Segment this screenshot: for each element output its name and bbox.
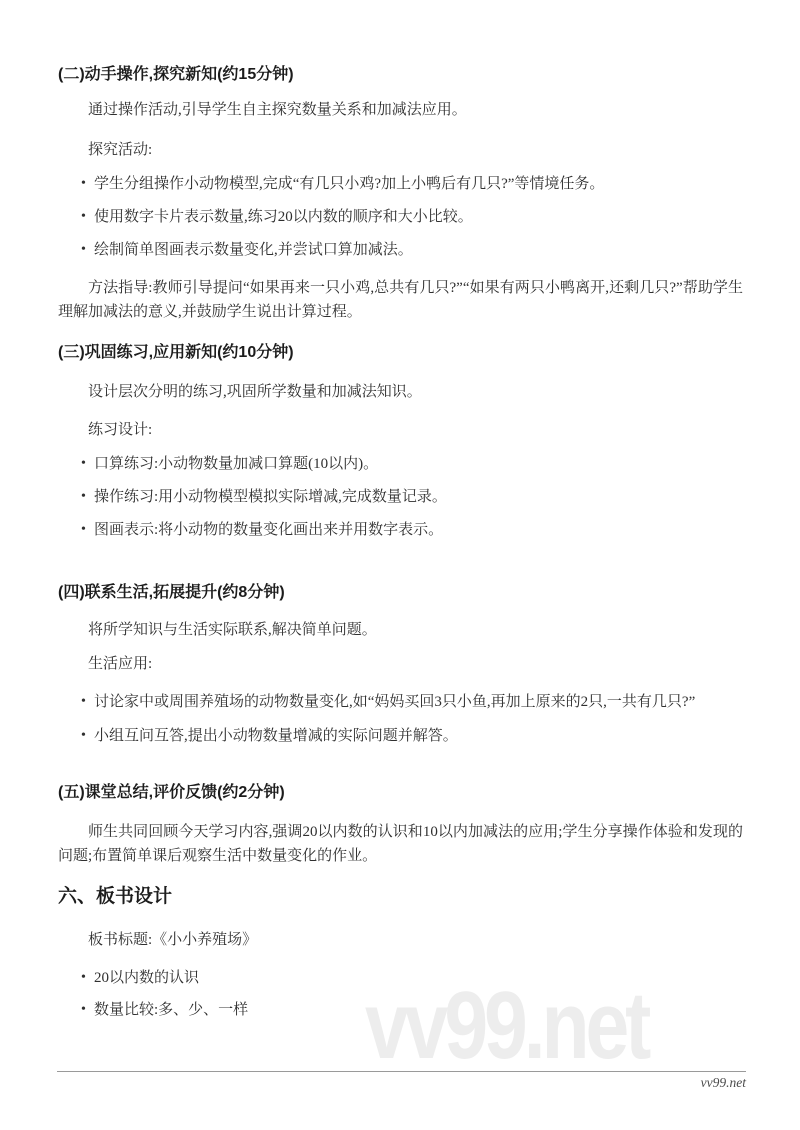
section-heading-3: (三)巩固练习,应用新知(约10分钟) <box>58 342 743 364</box>
list-item: •绘制简单图画表示数量变化,并尝试口算加减法。 <box>81 238 743 262</box>
paragraph: 板书标题:《小小养殖场》 <box>58 928 743 952</box>
list-item-text: 20以内数的认识 <box>94 970 199 986</box>
list-item-text: 数量比较:多、少、一样 <box>94 1002 248 1018</box>
bullet-icon: • <box>81 205 86 229</box>
footer-site-text: vv99.net <box>701 1075 746 1091</box>
page-footer: vv99.net <box>57 1071 746 1092</box>
paragraph-label: 探究活动: <box>58 138 743 162</box>
list-item-text: 小组互问互答,提出小动物数量增减的实际问题并解答。 <box>94 728 458 744</box>
bullet-list: •口算练习:小动物数量加减口算题(10以内)。 •操作练习:用小动物模型模拟实际… <box>58 452 743 542</box>
bullet-icon: • <box>81 724 86 748</box>
bullet-icon: • <box>81 518 86 542</box>
bullet-icon: • <box>81 690 86 714</box>
paragraph: 通过操作活动,引导学生自主探究数量关系和加减法应用。 <box>58 98 743 122</box>
document-content: (二)动手操作,探究新知(约15分钟) 通过操作活动,引导学生自主探究数量关系和… <box>0 0 800 1022</box>
list-item-text: 讨论家中或周围养殖场的动物数量变化,如“妈妈买回3只小鱼,再加上原来的2只,一共… <box>94 694 695 710</box>
paragraph-label: 练习设计: <box>58 418 743 442</box>
document-page: vv99.net (二)动手操作,探究新知(约15分钟) 通过操作活动,引导学生… <box>0 0 800 1130</box>
bullet-list: •学生分组操作小动物模型,完成“有几只小鸡?加上小鸭后有几只?”等情境任务。 •… <box>58 172 743 262</box>
list-item: •使用数字卡片表示数量,练习20以内数的顺序和大小比较。 <box>81 205 743 229</box>
list-item-text: 操作练习:用小动物模型模拟实际增减,完成数量记录。 <box>94 489 447 505</box>
list-item-text: 使用数字卡片表示数量,练习20以内数的顺序和大小比较。 <box>94 209 473 225</box>
paragraph: 方法指导:教师引导提问“如果再来一只小鸡,总共有几只?”“如果有两只小鸭离开,还… <box>58 276 743 324</box>
list-item-text: 口算练习:小动物数量加减口算题(10以内)。 <box>94 456 378 472</box>
list-item: •操作练习:用小动物模型模拟实际增减,完成数量记录。 <box>81 485 743 509</box>
paragraph-label: 生活应用: <box>58 652 743 676</box>
list-item-text: 图画表示:将小动物的数量变化画出来并用数字表示。 <box>94 522 443 538</box>
list-item: •20以内数的认识 <box>81 966 743 990</box>
list-item: •图画表示:将小动物的数量变化画出来并用数字表示。 <box>81 518 743 542</box>
list-item: •口算练习:小动物数量加减口算题(10以内)。 <box>81 452 743 476</box>
bullet-icon: • <box>81 452 86 476</box>
paragraph: 将所学知识与生活实际联系,解决简单问题。 <box>58 618 743 642</box>
bullet-icon: • <box>81 485 86 509</box>
bullet-icon: • <box>81 998 86 1022</box>
paragraph: 师生共同回顾今天学习内容,强调20以内数的认识和10以内加减法的应用;学生分享操… <box>58 820 743 868</box>
list-item-text: 学生分组操作小动物模型,完成“有几只小鸡?加上小鸭后有几只?”等情境任务。 <box>94 176 604 192</box>
bullet-icon: • <box>81 966 86 990</box>
section-heading-5: (五)课堂总结,评价反馈(约2分钟) <box>58 782 743 804</box>
list-item: •数量比较:多、少、一样 <box>81 998 743 1022</box>
bullet-list: •讨论家中或周围养殖场的动物数量变化,如“妈妈买回3只小鱼,再加上原来的2只,一… <box>58 690 743 748</box>
list-item: •小组互问互答,提出小动物数量增减的实际问题并解答。 <box>81 724 743 748</box>
section-heading-4: (四)联系生活,拓展提升(约8分钟) <box>58 582 743 604</box>
bullet-list: •20以内数的认识 •数量比较:多、少、一样 <box>58 966 743 1022</box>
section-heading-2: (二)动手操作,探究新知(约15分钟) <box>58 64 743 86</box>
bullet-icon: • <box>81 172 86 196</box>
list-item: •讨论家中或周围养殖场的动物数量变化,如“妈妈买回3只小鱼,再加上原来的2只,一… <box>81 690 743 714</box>
list-item: •学生分组操作小动物模型,完成“有几只小鸡?加上小鸭后有几只?”等情境任务。 <box>81 172 743 196</box>
list-item-text: 绘制简单图画表示数量变化,并尝试口算加减法。 <box>94 242 413 258</box>
section-heading-6: 六、板书设计 <box>58 884 743 910</box>
bullet-icon: • <box>81 238 86 262</box>
paragraph: 设计层次分明的练习,巩固所学数量和加减法知识。 <box>58 380 743 404</box>
